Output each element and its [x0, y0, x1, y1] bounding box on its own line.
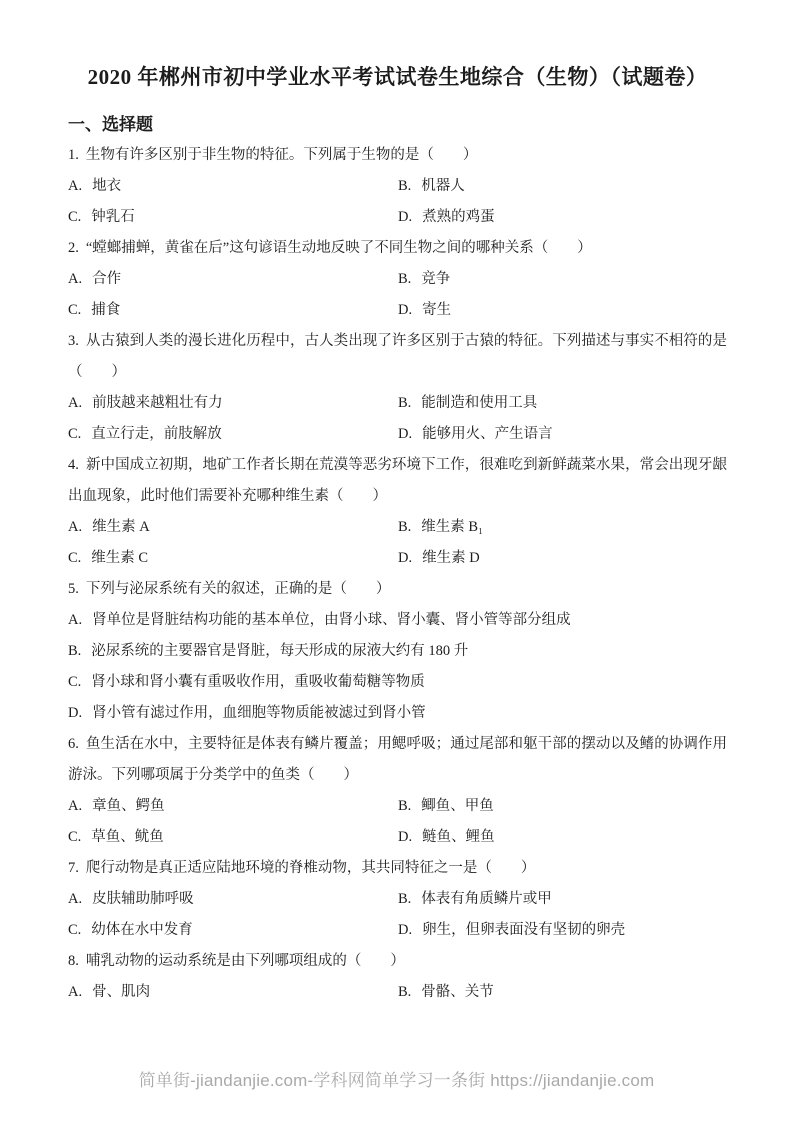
option-a: A.维生素 A: [68, 512, 398, 543]
option-a: A.皮肤辅助肺呼吸: [68, 884, 398, 915]
options-grid: A.章鱼、鳄鱼 B.鲫鱼、甲鱼 C.草鱼、鱿鱼 D.鲢鱼、鲤鱼: [68, 791, 727, 853]
options-grid: A.前肢越来越粗壮有力 B.能制造和使用工具 C.直立行走，前肢解放 D.能够用…: [68, 388, 727, 450]
question-number: 6.: [68, 736, 79, 752]
option-c: C.钟乳石: [68, 202, 398, 233]
option-text: 肾小球和肾小囊有重吸收作用，重吸收葡萄糖等物质: [91, 674, 425, 690]
option-text: 钟乳石: [91, 209, 135, 225]
question-number: 5.: [68, 581, 79, 597]
option-text: 维生素 A: [92, 519, 150, 535]
option-d: D.鲢鱼、鲤鱼: [398, 822, 727, 853]
option-text: 前肢越来越粗壮有力: [92, 395, 223, 411]
option-text: 章鱼、鳄鱼: [92, 798, 165, 814]
option-letter: D.: [398, 922, 412, 938]
option-a: A.地衣: [68, 171, 398, 202]
question-stem: 8.哺乳动物的运动系统是由下列哪项组成的（ ）: [68, 946, 727, 977]
option-c: C.直立行走，前肢解放: [68, 419, 398, 450]
option-letter: B.: [398, 798, 411, 814]
option-text: 维生素 B₁: [421, 519, 483, 535]
option-text: 皮肤辅助肺呼吸: [92, 891, 194, 907]
option-b: B.骨骼、关节: [398, 977, 727, 1008]
question-number: 1.: [68, 147, 79, 163]
option-letter: D.: [398, 829, 412, 845]
footer-watermark: 简单街-jiandanjie.com-学科网简单学习一条街 https://ji…: [0, 1066, 793, 1091]
question-stem: 1.生物有许多区别于非生物的特征。下列属于生物的是（ ）: [68, 140, 727, 171]
option-a: A.前肢越来越粗壮有力: [68, 388, 398, 419]
option-text: 竞争: [421, 271, 450, 287]
option-text: 能够用火、产生语言: [422, 426, 553, 442]
option-text: 骨、肌肉: [92, 984, 150, 1000]
question-stem: 2.“螳螂捕蝉，黄雀在后”这句谚语生动地反映了不同生物之间的哪种关系（ ）: [68, 233, 727, 264]
question-3: 3.从古猿到人类的漫长进化历程中，古人类出现了许多区别于古猿的特征。下列描述与事…: [68, 326, 727, 450]
option-text: 机器人: [421, 178, 465, 194]
option-d: D.煮熟的鸡蛋: [398, 202, 727, 233]
question-text: 生物有许多区别于非生物的特征。下列属于生物的是（ ）: [86, 147, 478, 163]
option-text: 维生素 C: [91, 550, 148, 566]
question-7: 7.爬行动物是真正适应陆地环境的脊椎动物，其共同特征之一是（ ） A.皮肤辅助肺…: [68, 853, 727, 946]
option-text: 骨骼、关节: [421, 984, 494, 1000]
option-text: 幼体在水中发育: [91, 922, 193, 938]
option-b: B.竞争: [398, 264, 727, 295]
option-c: C.肾小球和肾小囊有重吸收作用，重吸收葡萄糖等物质: [68, 667, 727, 698]
option-text: 能制造和使用工具: [421, 395, 537, 411]
option-d: D.卵生，但卵表面没有坚韧的卵壳: [398, 915, 727, 946]
option-text: 体表有角质鳞片或甲: [421, 891, 552, 907]
option-b: B.机器人: [398, 171, 727, 202]
option-text: 泌尿系统的主要器官是肾脏，每天形成的尿液大约有 180 升: [91, 643, 468, 659]
question-text: 爬行动物是真正适应陆地环境的脊椎动物，其共同特征之一是（ ）: [86, 860, 536, 876]
option-letter: D.: [398, 302, 412, 318]
option-letter: A.: [68, 271, 82, 287]
options-list: A.肾单位是肾脏结构功能的基本单位，由肾小球、肾小囊、肾小管等部分组成 B.泌尿…: [68, 605, 727, 729]
option-b: B.体表有角质鳞片或甲: [398, 884, 727, 915]
option-letter: C.: [68, 209, 81, 225]
option-text: 鲢鱼、鲤鱼: [422, 829, 495, 845]
option-letter: C.: [68, 674, 81, 690]
option-text: 肾小管有滤过作用，血细胞等物质能被滤过到肾小管: [92, 705, 426, 721]
question-text: “螳螂捕蝉，黄雀在后”这句谚语生动地反映了不同生物之间的哪种关系（ ）: [86, 240, 592, 256]
option-letter: A.: [68, 395, 82, 411]
question-number: 3.: [68, 333, 79, 349]
question-stem: 4.新中国成立初期，地矿工作者长期在荒漠等恶劣环境下工作，很难吃到新鲜蔬菜水果，…: [68, 450, 727, 512]
question-8: 8.哺乳动物的运动系统是由下列哪项组成的（ ） A.骨、肌肉 B.骨骼、关节: [68, 946, 727, 1008]
options-grid: A.骨、肌肉 B.骨骼、关节: [68, 977, 727, 1008]
option-c: C.维生素 C: [68, 543, 398, 574]
option-letter: B.: [398, 178, 411, 194]
question-text: 从古猿到人类的漫长进化历程中，古人类出现了许多区别于古猿的特征。下列描述与事实不…: [68, 333, 727, 380]
question-number: 8.: [68, 953, 79, 969]
question-4: 4.新中国成立初期，地矿工作者长期在荒漠等恶劣环境下工作，很难吃到新鲜蔬菜水果，…: [68, 450, 727, 574]
option-a: A.肾单位是肾脏结构功能的基本单位，由肾小球、肾小囊、肾小管等部分组成: [68, 605, 727, 636]
document-title: 2020 年郴州市初中学业水平考试试卷生地综合（生物）（试题卷）: [68, 60, 727, 94]
question-text: 哺乳动物的运动系统是由下列哪项组成的（ ）: [86, 953, 405, 969]
question-2: 2.“螳螂捕蝉，黄雀在后”这句谚语生动地反映了不同生物之间的哪种关系（ ） A.…: [68, 233, 727, 326]
option-letter: A.: [68, 178, 82, 194]
option-text: 捕食: [91, 302, 120, 318]
question-stem: 7.爬行动物是真正适应陆地环境的脊椎动物，其共同特征之一是（ ）: [68, 853, 727, 884]
question-5: 5.下列与泌尿系统有关的叙述，正确的是（ ） A.肾单位是肾脏结构功能的基本单位…: [68, 574, 727, 729]
question-stem: 5.下列与泌尿系统有关的叙述，正确的是（ ）: [68, 574, 727, 605]
question-number: 4.: [68, 457, 79, 473]
option-d: D.维生素 D: [398, 543, 727, 574]
question-1: 1.生物有许多区别于非生物的特征。下列属于生物的是（ ） A.地衣 B.机器人 …: [68, 140, 727, 233]
option-c: C.捕食: [68, 295, 398, 326]
option-text: 维生素 D: [422, 550, 480, 566]
option-a: A.章鱼、鳄鱼: [68, 791, 398, 822]
option-letter: B.: [398, 891, 411, 907]
option-text: 寄生: [422, 302, 451, 318]
question-text: 鱼生活在水中，主要特征是体表有鳞片覆盖；用鳃呼吸；通过尾部和躯干部的摆动以及鳍的…: [68, 736, 727, 783]
option-b: B.泌尿系统的主要器官是肾脏，每天形成的尿液大约有 180 升: [68, 636, 727, 667]
option-letter: A.: [68, 612, 82, 628]
option-text: 合作: [92, 271, 121, 287]
question-stem: 3.从古猿到人类的漫长进化历程中，古人类出现了许多区别于古猿的特征。下列描述与事…: [68, 326, 727, 388]
option-letter: D.: [398, 426, 412, 442]
option-text: 肾单位是肾脏结构功能的基本单位，由肾小球、肾小囊、肾小管等部分组成: [92, 612, 571, 628]
option-text: 直立行走，前肢解放: [91, 426, 222, 442]
option-letter: C.: [68, 550, 81, 566]
option-a: A.骨、肌肉: [68, 977, 398, 1008]
option-text: 卵生，但卵表面没有坚韧的卵壳: [422, 922, 625, 938]
option-c: C.草鱼、鱿鱼: [68, 822, 398, 853]
exam-page: 2020 年郴州市初中学业水平考试试卷生地综合（生物）（试题卷） 一、选择题 1…: [0, 0, 793, 1122]
option-letter: D.: [68, 705, 82, 721]
option-a: A.合作: [68, 264, 398, 295]
option-letter: A.: [68, 891, 82, 907]
option-letter: B.: [398, 519, 411, 535]
option-text: 地衣: [92, 178, 121, 194]
option-letter: C.: [68, 426, 81, 442]
section-heading: 一、选择题: [68, 110, 727, 140]
option-letter: C.: [68, 922, 81, 938]
question-text: 下列与泌尿系统有关的叙述，正确的是（ ）: [86, 581, 391, 597]
option-b: B.能制造和使用工具: [398, 388, 727, 419]
options-grid: A.地衣 B.机器人 C.钟乳石 D.煮熟的鸡蛋: [68, 171, 727, 233]
option-letter: C.: [68, 302, 81, 318]
question-text: 新中国成立初期，地矿工作者长期在荒漠等恶劣环境下工作，很难吃到新鲜蔬菜水果，常会…: [68, 457, 727, 504]
option-letter: B.: [398, 984, 411, 1000]
option-d: D.能够用火、产生语言: [398, 419, 727, 450]
option-c: C.幼体在水中发育: [68, 915, 398, 946]
options-grid: A.合作 B.竞争 C.捕食 D.寄生: [68, 264, 727, 326]
option-b: B.鲫鱼、甲鱼: [398, 791, 727, 822]
option-letter: D.: [398, 550, 412, 566]
option-letter: A.: [68, 984, 82, 1000]
option-letter: D.: [398, 209, 412, 225]
option-text: 草鱼、鱿鱼: [91, 829, 164, 845]
option-b: B.维生素 B₁: [398, 512, 727, 543]
option-letter: B.: [398, 271, 411, 287]
option-d: D.肾小管有滤过作用，血细胞等物质能被滤过到肾小管: [68, 698, 727, 729]
question-number: 2.: [68, 240, 79, 256]
option-d: D.寄生: [398, 295, 727, 326]
question-number: 7.: [68, 860, 79, 876]
option-letter: B.: [68, 643, 81, 659]
options-grid: A.皮肤辅助肺呼吸 B.体表有角质鳞片或甲 C.幼体在水中发育 D.卵生，但卵表…: [68, 884, 727, 946]
option-letter: B.: [398, 395, 411, 411]
option-letter: A.: [68, 519, 82, 535]
option-text: 煮熟的鸡蛋: [422, 209, 495, 225]
options-grid: A.维生素 A B.维生素 B₁ C.维生素 C D.维生素 D: [68, 512, 727, 574]
question-stem: 6.鱼生活在水中，主要特征是体表有鳞片覆盖；用鳃呼吸；通过尾部和躯干部的摆动以及…: [68, 729, 727, 791]
question-6: 6.鱼生活在水中，主要特征是体表有鳞片覆盖；用鳃呼吸；通过尾部和躯干部的摆动以及…: [68, 729, 727, 853]
option-letter: C.: [68, 829, 81, 845]
option-letter: A.: [68, 798, 82, 814]
option-text: 鲫鱼、甲鱼: [421, 798, 494, 814]
